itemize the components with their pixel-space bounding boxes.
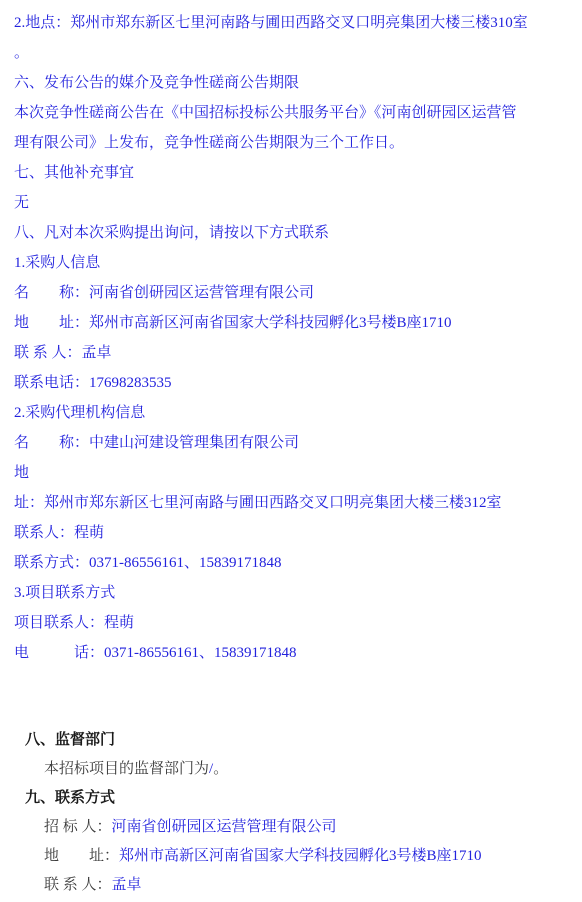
field-label: 联 系 人： [44, 877, 112, 893]
document-line: 理有限公司》上发布，竞争性磋商公告期限为三个工作日。 [14, 128, 576, 158]
field-value: 郑州市高新区河南省国家大学科技园孵化3号楼B座1710 [119, 848, 482, 864]
section-heading: 九、联系方式 [25, 784, 582, 813]
field-label: 。 [213, 761, 228, 777]
supervision-contact-section: 八、监督部门本招标项目的监督部门为/。九、联系方式招 标 人：河南省创研园区运营… [0, 726, 582, 900]
document-line: 联系方式：0371-86556161、15839171848 [14, 548, 576, 578]
document-line: 2.地点：郑州市郑东新区七里河南路与圃田西路交叉口明亮集团大楼三楼310室 [14, 8, 576, 38]
document-line: 址：郑州市郑东新区七里河南路与圃田西路交叉口明亮集团大楼三楼312室 [14, 488, 576, 518]
field-value: 河南省创研园区运营管理有限公司 [112, 819, 337, 835]
field-label: 本招标项目的监督部门为 [44, 761, 209, 777]
document-line: 联系电话：17698283535 [14, 368, 576, 398]
document-line: 名 称：中建山河建设管理集团有限公司 [14, 428, 576, 458]
document-line: 八、凡对本次采购提出询问，请按以下方式联系 [14, 218, 576, 248]
field-value: 孟卓 [112, 877, 142, 893]
document-line: 联 系 人：孟卓 [44, 871, 582, 900]
announcement-body-section: 2.地点：郑州市郑东新区七里河南路与圃田西路交叉口明亮集团大楼三楼310室。六、… [0, 0, 582, 668]
document-line: 地 址：郑州市高新区河南省国家大学科技园孵化3号楼B座1710 [14, 308, 576, 338]
field-label: 招 标 人： [44, 819, 112, 835]
document-line: 联系人：程萌 [14, 518, 576, 548]
document-line: 3.项目联系方式 [14, 578, 576, 608]
tender-announcement-page: 2.地点：郑州市郑东新区七里河南路与圃田西路交叉口明亮集团大楼三楼310室。六、… [0, 0, 582, 902]
document-line: 。 [14, 38, 576, 68]
field-label: 地 址： [44, 848, 119, 864]
document-line: 招 标 人：河南省创研园区运营管理有限公司 [44, 813, 582, 842]
document-line: 联 系 人：孟卓 [14, 338, 576, 368]
document-line: 地 [14, 458, 576, 488]
document-line: 本招标项目的监督部门为/。 [44, 755, 582, 784]
document-line: 六、发布公告的媒介及竞争性磋商公告期限 [14, 68, 576, 98]
document-line: 地 址：郑州市高新区河南省国家大学科技园孵化3号楼B座1710 [44, 842, 582, 871]
document-line: 本次竞争性磋商公告在《中国招标投标公共服务平台》《河南创研园区运营管 [14, 98, 576, 128]
document-line: 无 [14, 188, 576, 218]
document-line: 七、其他补充事宜 [14, 158, 576, 188]
section-heading: 八、监督部门 [25, 726, 582, 755]
document-line: 2.采购代理机构信息 [14, 398, 576, 428]
document-line: 名 称：河南省创研园区运营管理有限公司 [14, 278, 576, 308]
document-line: 电 话：0371-86556161、15839171848 [14, 638, 576, 668]
document-line: 1.采购人信息 [14, 248, 576, 278]
document-line: 项目联系人：程萌 [14, 608, 576, 638]
